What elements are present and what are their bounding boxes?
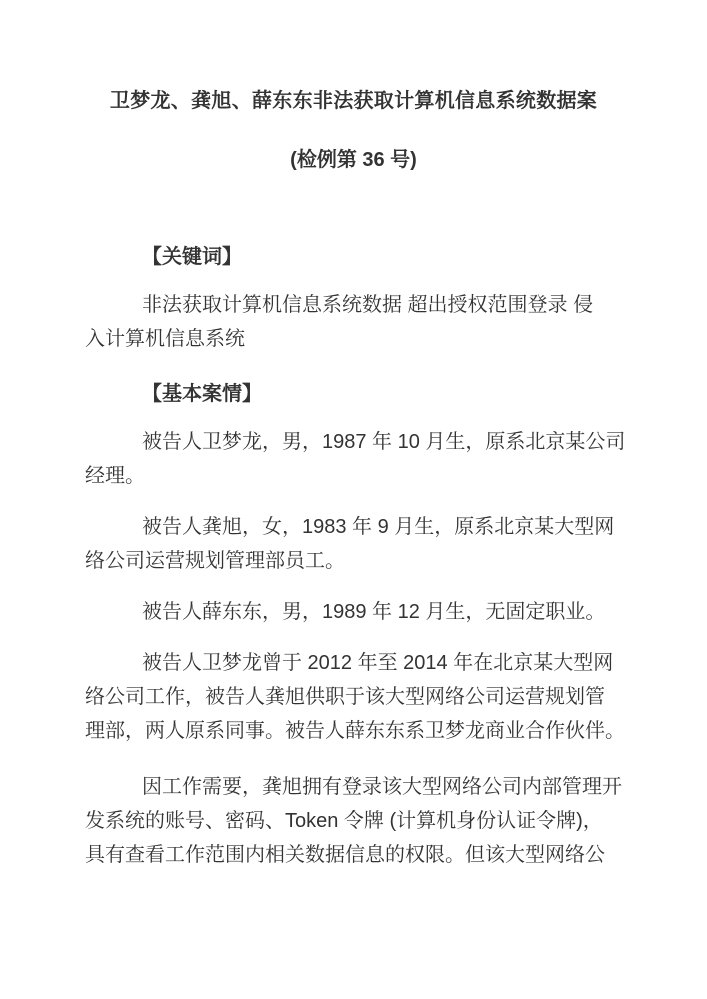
paragraph-defendant-gong: 被告人龚旭，女，1983 年 9 月生，原系北京某大型网 络公司运营规划管理部员… [85,510,622,578]
paragraph-access-rights: 因工作需要，龚旭拥有登录该大型网络公司内部管理开 发系统的账号、密码、Token… [85,770,622,872]
keywords-heading: 【关键词】 [85,240,622,274]
paragraph-line: 具有查看工作范围内相关数据信息的权限。但该大型网络公 [85,838,622,872]
paragraph-work-history: 被告人卫梦龙曾于 2012 年至 2014 年在北京某大型网 络公司工作，被告人… [85,646,622,748]
paragraph-line: 经理。 [85,459,622,493]
basic-facts-heading: 【基本案情】 [85,377,622,411]
paragraph-line: 被告人龚旭，女，1983 年 9 月生，原系北京某大型网 [85,510,622,544]
paragraph-defendant-xue: 被告人薛东东，男，1989 年 12 月生，无固定职业。 [85,595,622,629]
document-content: 卫梦龙、龚旭、薛东东非法获取计算机信息系统数据案 (检例第 36 号) 【关键词… [0,0,707,872]
paragraph-line: 理部，两人原系同事。被告人薛东东系卫梦龙商业合作伙伴。 [85,714,622,748]
document-page: 卫梦龙、龚旭、薛东东非法获取计算机信息系统数据案 (检例第 36 号) 【关键词… [0,0,707,999]
paragraph-line: 被告人卫梦龙，男，1987 年 10 月生，原系北京某公司 [85,425,622,459]
keywords-line: 入计算机信息系统 [85,322,622,356]
keywords-paragraph: 非法获取计算机信息系统数据 超出授权范围登录 侵 入计算机信息系统 [85,288,622,356]
paragraph-line: 发系统的账号、密码、Token 令牌 (计算机身份认证令牌)， [85,804,622,838]
paragraph-defendant-wei: 被告人卫梦龙，男，1987 年 10 月生，原系北京某公司 经理。 [85,425,622,493]
case-title: 卫梦龙、龚旭、薛东东非法获取计算机信息系统数据案 [85,84,622,119]
paragraph-line: 被告人卫梦龙曾于 2012 年至 2014 年在北京某大型网 [85,646,622,680]
paragraph-line: 络公司工作，被告人龚旭供职于该大型网络公司运营规划管 [85,680,622,714]
case-number: (检例第 36 号) [85,143,622,178]
paragraph-line: 络公司运营规划管理部员工。 [85,544,622,578]
keywords-line: 非法获取计算机信息系统数据 超出授权范围登录 侵 [85,288,622,322]
paragraph-line: 被告人薛东东，男，1989 年 12 月生，无固定职业。 [85,595,622,629]
paragraph-line: 因工作需要，龚旭拥有登录该大型网络公司内部管理开 [85,770,622,804]
